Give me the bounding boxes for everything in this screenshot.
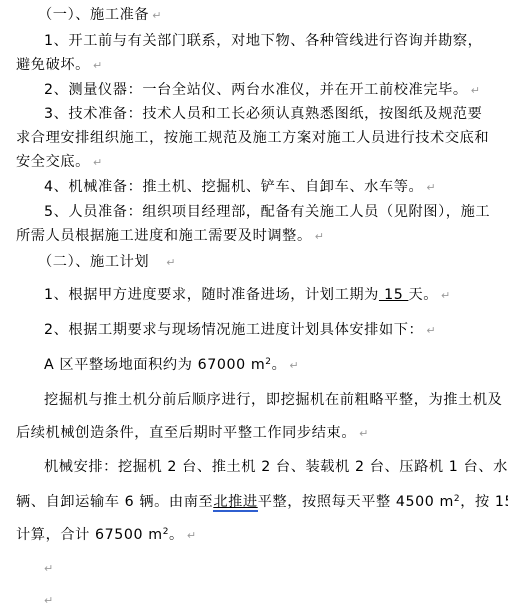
plan1-prefix: 1、根据甲方进度要求，随时准备进场，计划工期为: [44, 287, 379, 303]
paragraph-mark-icon: ↵: [315, 230, 324, 243]
paragraph-mark-icon: ↵: [93, 59, 102, 72]
machinery-total: 计算，合计 67500 m: [16, 527, 163, 543]
paragraph-mark-icon: ↵: [93, 156, 102, 169]
paragraph-mark-icon: ↵: [359, 427, 368, 440]
paragraph-mark-icon: ↵: [289, 359, 298, 372]
item1-line1: 1、开工前与有关部门联系，对地下物、各种管线进行咨询并勘察，: [44, 32, 482, 50]
plan2-line: 2、根据工期要求与现场情况施工进度计划具体安排如下：↵: [44, 321, 436, 339]
paragraph-mark-icon: ↵: [166, 256, 175, 269]
item2-text: 2、测量仪器：一台全站仪、两台水准仪，并在开工前校准完毕。: [44, 82, 468, 98]
section2-heading-text: （二）、施工计划: [38, 254, 149, 270]
item3-line3: 安全交底。↵: [16, 153, 102, 171]
item3-text-cont: 求合理安排组织施工，按施工规范及施工方案对施工人员进行技术交底和: [16, 130, 489, 146]
section1-heading-text: （一）、施工准备: [38, 7, 149, 23]
sequence-text: 挖掘机与推土机分前后顺序进行，即挖掘机在前粗略平整，为推土机及: [44, 392, 502, 408]
empty-paragraph-2[interactable]: ↵: [44, 591, 53, 609]
item5-line2: 所需人员根据施工进度和施工需要及时调整。↵: [16, 227, 324, 245]
plan2-text: 2、根据工期要求与现场情况施工进度计划具体安排如下：: [44, 322, 423, 338]
plan1-duration: 15: [379, 287, 408, 303]
paragraph-mark-icon: ↵: [426, 324, 435, 337]
item2-line1: 2、测量仪器：一台全站仪、两台水准仪，并在开工前校准完毕。↵: [44, 81, 480, 99]
item1-line2: 避免破坏。↵: [16, 56, 102, 74]
item5-text-cont: 所需人员根据施工进度和施工需要及时调整。: [16, 228, 312, 244]
machinery-line1: 机械安排：挖掘机 2 台、推土机 2 台、装载机 2 台、压路机 1 台、水车 …: [44, 458, 508, 476]
item4-line1: 4、机械准备：推土机、挖掘机、铲车、自卸车、水车等。↵: [44, 178, 436, 196]
document-page[interactable]: （一）、施工准备↵ 1、开工前与有关部门联系，对地下物、各种管线进行咨询并勘察，…: [0, 0, 508, 610]
plan1-suffix: 天。: [408, 287, 438, 303]
area-line: A 区平整场地面积约为 67000 m2。↵: [44, 356, 299, 374]
machinery-text: 机械安排：挖掘机 2 台、推土机 2 台、装载机 2 台、压路机 1 台、水车 …: [44, 459, 508, 475]
item3-text: 3、技术准备：技术人员和工长必须认真熟悉图纸，按图纸及规范要: [44, 106, 482, 122]
paragraph-mark-icon: ↵: [187, 529, 196, 542]
area-prefix: A 区平整场地面积约为 67000 m: [44, 357, 265, 373]
item1-text-cont: 避免破坏。: [16, 57, 90, 73]
item3-text-cont2: 安全交底。: [16, 154, 90, 170]
sequence-text-cont: 后续机械创造条件，直至后期时平整工作同步结束。: [16, 425, 356, 441]
paragraph-mark-icon: ↵: [426, 181, 435, 194]
machinery-text-a: 辆、自卸运输车 6 辆。由南至: [16, 494, 213, 510]
section1-heading: （一）、施工准备↵: [38, 6, 161, 24]
item4-text: 4、机械准备：推土机、挖掘机、铲车、自卸车、水车等。: [44, 179, 423, 195]
area-suffix: 。: [272, 357, 287, 373]
machinery-total-end: 。: [169, 527, 184, 543]
item3-line2: 求合理安排组织施工，按施工规范及施工方案对施工人员进行技术交底和: [16, 129, 489, 147]
section2-heading: （二）、施工计划↵: [38, 253, 175, 271]
item5-line1: 5、人员准备：组织项目经理部，配备有关施工人员（见附图），施工: [44, 203, 490, 221]
sequence-line2: 后续机械创造条件，直至后期时平整工作同步结束。↵: [16, 424, 368, 442]
item3-line1: 3、技术准备：技术人员和工长必须认真熟悉图纸，按图纸及规范要: [44, 105, 482, 123]
grammar-flagged-text[interactable]: 北推进: [213, 494, 257, 512]
paragraph-mark-icon: ↵: [44, 562, 53, 575]
machinery-text-b: 平整，按照每天平整 4500 m: [258, 494, 454, 510]
item1-text: 1、开工前与有关部门联系，对地下物、各种管线进行咨询并勘察，: [44, 33, 482, 49]
paragraph-mark-icon: ↵: [441, 289, 450, 302]
plan1-line: 1、根据甲方进度要求，随时准备进场，计划工期为 15 天。↵: [44, 286, 450, 304]
sequence-line1: 挖掘机与推土机分前后顺序进行，即挖掘机在前粗略平整，为推土机及: [44, 391, 502, 409]
item5-text: 5、人员准备：组织项目经理部，配备有关施工人员（见附图），施工: [44, 204, 490, 220]
empty-paragraph-1[interactable]: ↵: [44, 559, 53, 577]
machinery-line2: 辆、自卸运输车 6 辆。由南至北推进平整，按照每天平整 4500 m2，按 15…: [16, 493, 508, 511]
paragraph-mark-icon: ↵: [471, 84, 480, 97]
paragraph-mark-icon: ↵: [152, 9, 161, 22]
paragraph-mark-icon: ↵: [44, 594, 53, 607]
machinery-text-c: ，按 15 天: [460, 494, 508, 510]
machinery-line3: 计算，合计 67500 m2。↵: [16, 526, 196, 544]
